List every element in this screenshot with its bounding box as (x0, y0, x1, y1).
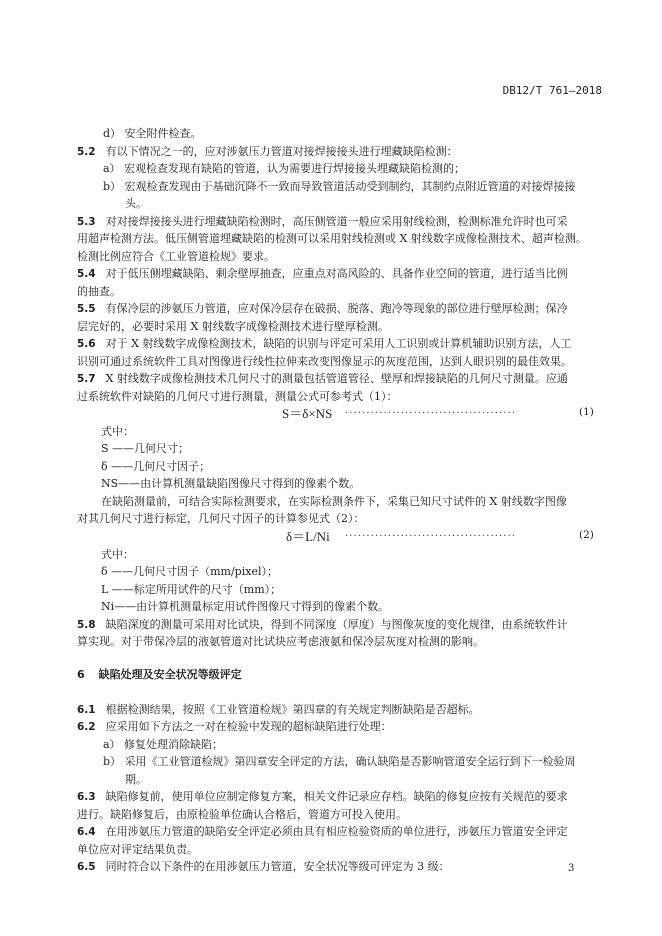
list-item-a: a） 修复处理消除缺陷； (103, 736, 627, 753)
clause-text: 应采用如下方法之一对在检验中发现的超标缺陷进行处理： (106, 720, 392, 733)
clause-5-8-cont: 算实现。对于带保冷层的液氨管道对比试块应考虑液氨和保冷层灰度对检测的影响。 (77, 633, 601, 650)
clause-number: 6.4 (77, 826, 96, 838)
clause-5-3-cont: 用超声检测方法。低压侧管道埋藏缺陷的检测可以采用射线检测或 X 射线数字成像检测… (77, 230, 601, 247)
clause-5-5-cont: 层完好的，必要时采用 X 射线数字成像检测技术进行壁厚检测。 (77, 318, 601, 335)
clause-number: 5.3 (77, 216, 96, 228)
clause-5-3: 5.3对对接焊接接头进行埋藏缺陷检测时，高压侧管道一般应采用射线检测，检测标准允… (77, 213, 601, 231)
section-title: 缺陷处理及安全状况等级评定 (99, 668, 242, 681)
clause-text: 对于低压侧埋藏缺陷、剩余壁厚抽查，应重点对高风险的、具备作业空间的管道，进行适当… (106, 267, 568, 280)
where-item: NS——由计算机测量缺陷图像尺寸得到的像素个数。 (101, 475, 625, 492)
clause-5-2: 5.2有以下情况之一的，应对涉氨压力管道对接焊接接头进行埋藏缺陷检测： (77, 143, 601, 161)
formula-1: S＝δ×NS (282, 403, 332, 422)
where-item: L ——标定所用试件的尺寸（mm）； (101, 581, 625, 598)
list-item-d: d） 安全附件检查。 (103, 125, 627, 142)
clause-6-4-cont: 单位应对评定结果负责。 (77, 841, 601, 858)
section-6-heading: 6缺陷处理及安全状况等级评定 (77, 666, 242, 682)
clause-6-4: 6.4在用涉氨压力管道的缺陷安全评定必须由具有相应检验资质的单位进行，涉氨压力管… (77, 823, 601, 841)
where-item: Ni——由计算机测量标定用试件图像尺寸得到的像素个数。 (101, 598, 625, 615)
where-item: δ ——几何尺寸因子（mm/pixel）； (101, 563, 625, 580)
clause-number: 6.3 (77, 791, 96, 803)
clause-5-7: 5.7X 射线数字成像检测技术几何尺寸的测量包括管道管径、壁厚和焊接缺陷的几何尺… (77, 370, 601, 388)
clause-5-4-cont: 的抽查。 (77, 283, 601, 300)
clause-6-3: 6.3缺陷修复前，使用单位应制定修复方案，相关文件记录应存档。缺陷的修复应按有关… (77, 788, 601, 806)
clause-6-3-cont: 进行。缺陷修复后，由原检验单位确认合格后，管道方可投入使用。 (77, 806, 601, 823)
clause-text: 有保冷层的涉氨压力管道，应对保冷层存在破损、脱落、跑冷等现象的部位进行壁厚检测；… (106, 302, 568, 315)
clause-text: 根据检测结果，按照《工业管道检规》第四章的有关规定判断缺陷是否超标。 (106, 703, 480, 716)
clause-text: 对于 X 射线数字成像检测技术，缺陷的识别与评定可采用人工识别或计算机辅助识别方… (106, 337, 572, 350)
where-label: 式中： (101, 423, 625, 440)
formula-2-number: (2) (579, 529, 594, 541)
clause-number: 6.2 (77, 721, 96, 733)
clause-number: 5.4 (77, 268, 96, 280)
where-item: δ ——几何尺寸因子； (101, 458, 625, 475)
list-item-a: a） 宏观检查发现有缺陷的管道，认为需要进行焊接接头埋藏缺陷检测的； (103, 160, 627, 177)
clause-number: 6.1 (77, 704, 96, 716)
section-number: 6 (77, 668, 85, 681)
formula-1-leader: ........................................ (345, 405, 516, 416)
clause-5-3-cont2: 检测比例应符合《工业管道检规》要求。 (77, 248, 601, 265)
calibration-para: 在缺陷测量前，可结合实际检测要求，在实际检测条件下，采集已知尺寸试件的 X 射线… (101, 493, 625, 510)
document-code: DB12/T 761—2018 (503, 84, 602, 97)
clause-number: 5.5 (77, 303, 96, 315)
formula-2: δ＝L/Ni (286, 526, 330, 545)
where-item: S ——几何尺寸； (101, 440, 625, 457)
clause-text: 有以下情况之一的，应对涉氨压力管道对接焊接接头进行埋藏缺陷检测： (106, 145, 458, 158)
clause-6-2: 6.2应采用如下方法之一对在检验中发现的超标缺陷进行处理： (77, 718, 601, 736)
clause-number: 6.5 (77, 861, 96, 873)
clause-text: 同时符合以下条件的在用涉氨压力管道，安全状况等级可评定为 3 级： (106, 860, 450, 873)
formula-2-leader: ........................................ (345, 528, 516, 539)
page-number: 3 (568, 863, 574, 874)
list-item-b-cont: 期。 (125, 771, 649, 788)
clause-text: 对对接焊接接头进行埋藏缺陷检测时，高压侧管道一般应采用射线检测，检测标准允许时也… (106, 215, 568, 228)
list-item-b-cont: 头。 (125, 195, 649, 212)
where-label: 式中： (101, 546, 625, 563)
clause-5-6-cont: 识别可通过系统软件工具对图像进行线性拉伸来改变图像显示的灰度范围，达到人眼识别的… (77, 353, 601, 370)
clause-5-8: 5.8缺陷深度的测量可采用对比试块，得到不同深度（厚度）与图像灰度的变化规律，由… (77, 616, 601, 634)
clause-number: 5.2 (77, 146, 96, 158)
clause-text: 缺陷深度的测量可采用对比试块，得到不同深度（厚度）与图像灰度的变化规律，由系统软… (106, 618, 568, 631)
clause-5-6: 5.6对于 X 射线数字成像检测技术，缺陷的识别与评定可采用人工识别或计算机辅助… (77, 335, 601, 353)
clause-5-7-cont: 过系统软件对缺陷的几何尺寸进行测量，测量公式可参考式（1）： (77, 388, 601, 405)
clause-6-5: 6.5同时符合以下条件的在用涉氨压力管道，安全状况等级可评定为 3 级： (77, 858, 601, 876)
clause-number: 5.7 (77, 373, 96, 385)
clause-5-5: 5.5有保冷层的涉氨压力管道，应对保冷层存在破损、脱落、跑冷等现象的部位进行壁厚… (77, 300, 601, 318)
calibration-para-cont: 对其几何尺寸进行标定，几何尺寸因子的计算参见式（2）： (77, 510, 601, 527)
clause-text: 在用涉氨压力管道的缺陷安全评定必须由具有相应检验资质的单位进行，涉氨压力管道安全… (106, 825, 568, 838)
list-item-b: b） 宏观检查发现由于基础沉降不一致而导致管道活动受到制约，其制约点附近管道的对… (103, 178, 627, 195)
formula-1-number: (1) (579, 406, 594, 418)
clause-5-4: 5.4对于低压侧埋藏缺陷、剩余壁厚抽查，应重点对高风险的、具备作业空间的管道，进… (77, 265, 601, 283)
list-item-b: b） 采用《工业管道检规》第四章安全评定的方法，确认缺陷是否影响管道安全运行到下… (103, 753, 627, 770)
clause-6-1: 6.1根据检测结果，按照《工业管道检规》第四章的有关规定判断缺陷是否超标。 (77, 701, 601, 719)
clause-text: X 射线数字成像检测技术几何尺寸的测量包括管道管径、壁厚和焊接缺陷的几何尺寸测量… (106, 372, 568, 385)
clause-number: 5.6 (77, 338, 96, 350)
clause-number: 5.8 (77, 619, 96, 631)
clause-text: 缺陷修复前，使用单位应制定修复方案，相关文件记录应存档。缺陷的修复应按有关规范的… (106, 790, 568, 803)
